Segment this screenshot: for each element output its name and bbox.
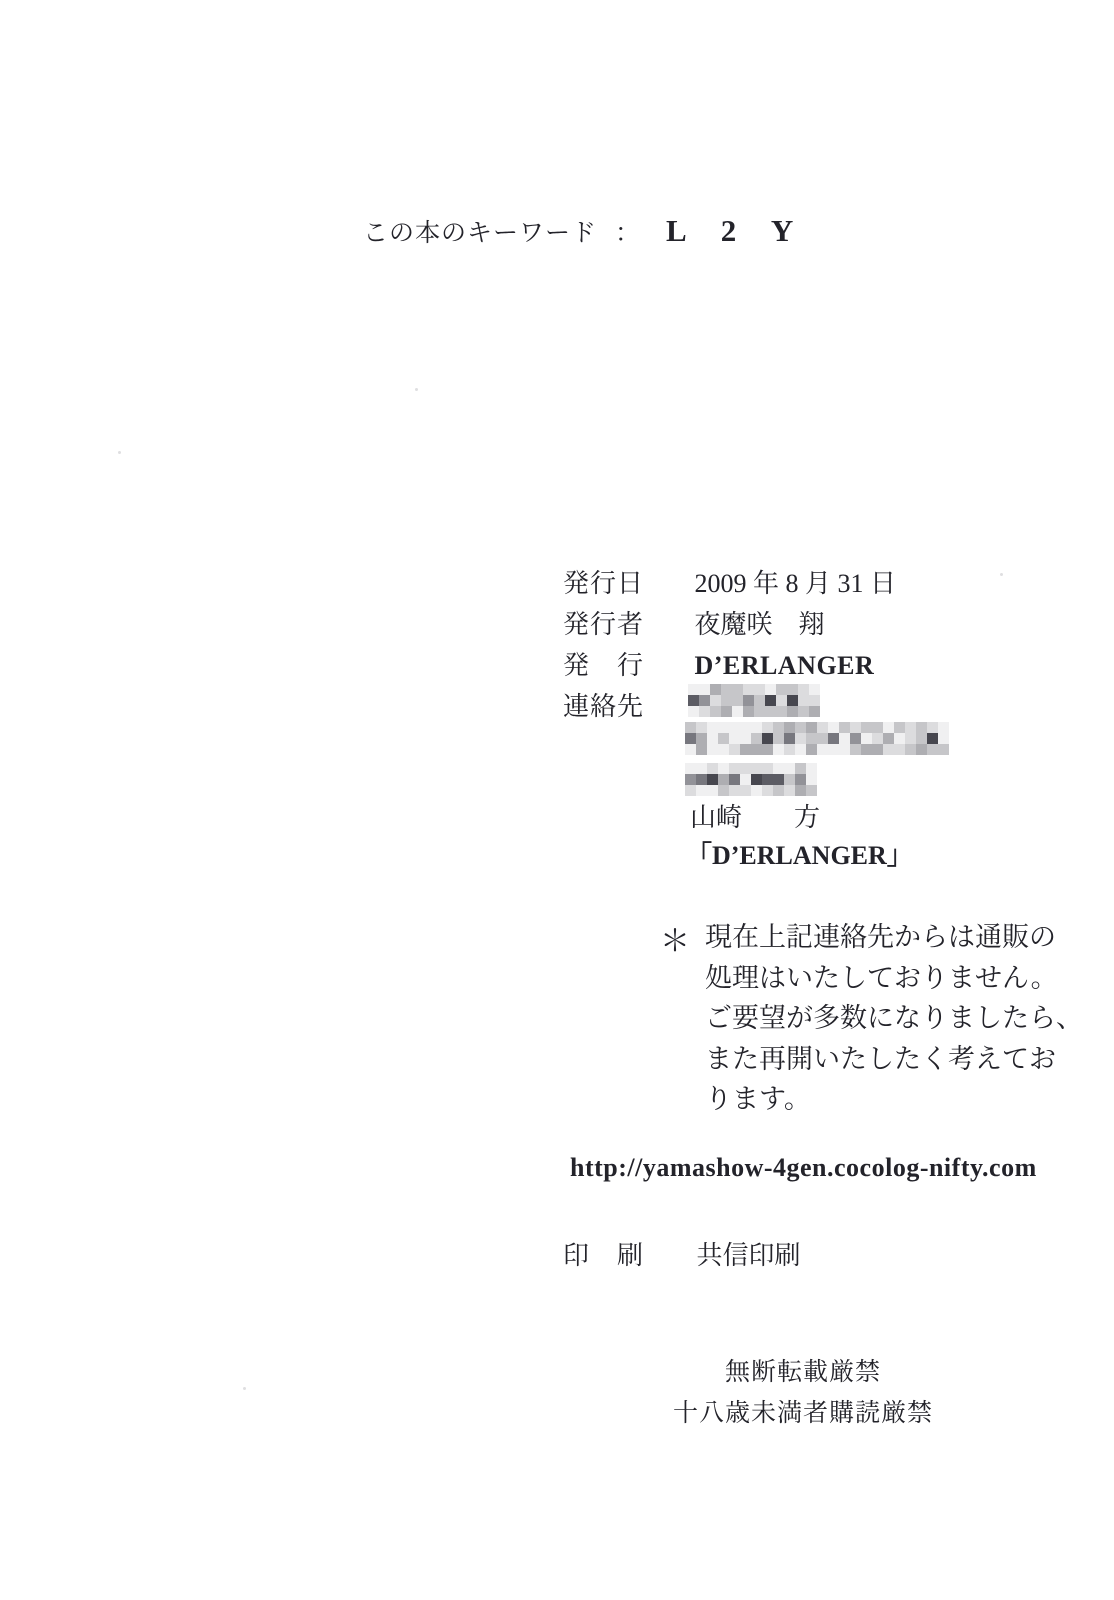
colophon-row-circle: 発 行 D’ERLANGER	[563, 645, 874, 682]
colophon-label: 発行者	[563, 604, 688, 641]
printing-label: 印 刷	[563, 1235, 690, 1272]
website-url: http://yamashow-4gen.cocolog-nifty.com	[570, 1153, 1037, 1183]
keyword-line: この本のキーワード ： L 2 Y	[363, 213, 807, 249]
mailorder-note: 現在上記連絡先からは通販の 処理はいたしておりません。 ご要望が多数になりました…	[705, 917, 1083, 1120]
keyword-label: この本のキーワード	[363, 213, 597, 249]
scan-speck	[243, 1387, 246, 1390]
colophon-value: D’ERLANGER	[695, 651, 875, 681]
colophon-row-contact: 連絡先	[563, 686, 688, 723]
no-reproduction-notice: 無断転載厳禁	[725, 1352, 881, 1388]
age-restriction-notice: 十八歳未満者購読厳禁	[673, 1393, 933, 1429]
printing-value: 共信印刷	[697, 1241, 801, 1270]
scan-speck	[1000, 573, 1003, 576]
scan-speck	[118, 451, 121, 454]
scanned-page: この本のキーワード ： L 2 Y 発行日 2009 年 8 月 31 日 発行…	[0, 0, 1114, 1600]
redacted-contact-line-2	[685, 722, 949, 755]
note-line: 処理はいたしておりません。	[705, 958, 1083, 999]
note-line: ご要望が多数になりましたら、	[705, 998, 1083, 1039]
note-line: また再開いたしたく考えてお	[705, 1039, 1083, 1080]
printing-row: 印 刷 共信印刷	[563, 1235, 801, 1272]
colophon-value: 2009 年 8 月 31 日	[695, 563, 897, 600]
circle-name: 「D’ERLANGER」	[686, 835, 913, 872]
keyword-separator: ：	[615, 213, 640, 249]
scan-speck	[415, 388, 418, 391]
redacted-contact-line-1	[688, 684, 820, 717]
note-line: ります。	[705, 1079, 1083, 1120]
colophon-label: 発行日	[563, 563, 688, 600]
colophon-label: 発 行	[563, 645, 688, 682]
keyword-value: L 2 Y	[666, 213, 807, 249]
colophon-row-publisher: 発行者 夜魔咲 翔	[563, 604, 825, 641]
note-asterisk: ＊	[660, 916, 690, 960]
address-care-of-line: 山崎 方	[690, 797, 820, 834]
note-line: 現在上記連絡先からは通販の	[705, 917, 1083, 958]
colophon-row-publish-date: 発行日 2009 年 8 月 31 日	[563, 563, 896, 600]
colophon-value: 夜魔咲 翔	[695, 604, 825, 641]
redacted-contact-line-3	[685, 763, 817, 796]
colophon-label: 連絡先	[563, 686, 688, 723]
